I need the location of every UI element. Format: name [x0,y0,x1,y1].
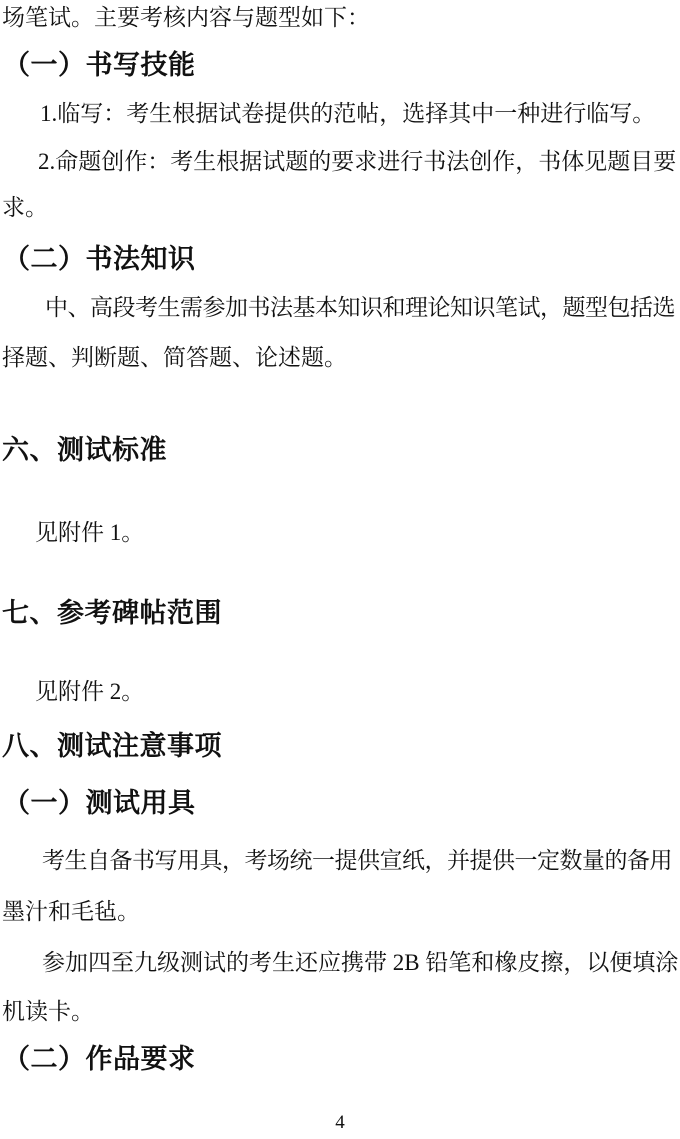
page-number: 4 [0,1112,680,1134]
text-tools-paragraph-line1: 考生自备书写用具，考场统一提供宣纸，并提供一定数量的备用 [42,848,672,873]
text-tools-paragraph-line2: 墨汁和毛毡。 [2,899,140,924]
text-item-2-themed-creation-line2: 求。 [2,195,48,220]
text-pencil-paragraph-line1: 参加四至九级测试的考生还应携带 2B 铅笔和橡皮擦，以便填涂 [42,950,678,975]
text-pencil-paragraph-line2: 机读卡。 [2,999,94,1024]
document-page: 场笔试。主要考核内容与题型如下： （一）书写技能 1.临写：考生根据试卷提供的范… [0,0,680,1139]
heading-subsection-1-test-tools: （一）测试用具 [3,789,196,819]
heading-subsection-2-work-requirements: （二）作品要求 [3,1045,196,1075]
heading-chapter-7-reference-steles-range: 七、参考碑帖范围 [2,599,222,629]
text-see-attachment-2: 见附件 2。 [35,679,144,704]
heading-subsection-2-calligraphy-knowledge: （二）书法知识 [3,245,196,275]
text-item-2-themed-creation-line1: 2.命题创作：考生根据试题的要求进行书法创作，书体见题目要 [38,149,676,174]
heading-subsection-1-writing-skill: （一）书写技能 [3,51,196,81]
text-line-page-intro: 场笔试。主要考核内容与题型如下： [2,5,370,30]
text-knowledge-paragraph-line2: 择题、判断题、简答题、论述题。 [2,345,347,370]
heading-chapter-6-test-standard: 六、测试标准 [2,436,167,466]
text-see-attachment-1: 见附件 1。 [35,520,144,545]
text-knowledge-paragraph-line1: 中、高段考生需参加书法基本知识和理论知识笔试，题型包括选 [45,295,675,320]
heading-chapter-8-test-notes: 八、测试注意事项 [2,732,222,762]
text-item-1-copying: 1.临写：考生根据试卷提供的范帖，选择其中一种进行临写。 [40,101,655,126]
